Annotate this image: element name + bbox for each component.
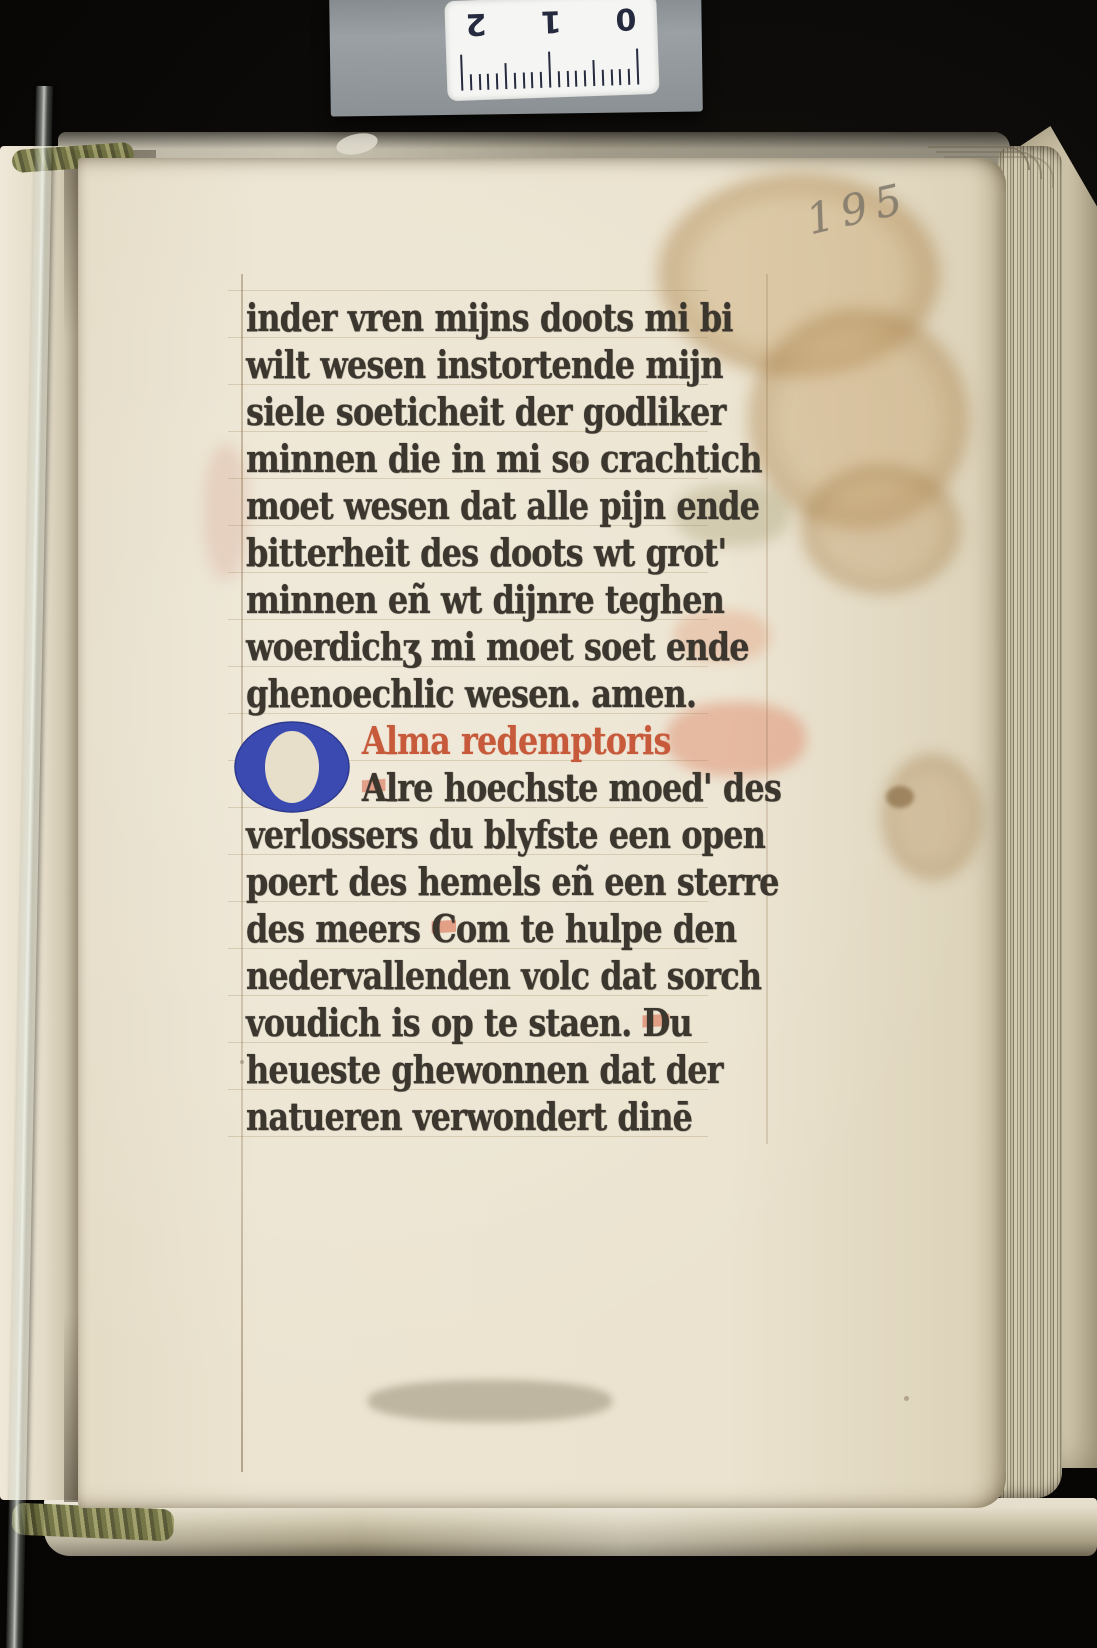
endband-bottom bbox=[11, 1502, 174, 1541]
ruler-digit: 2 bbox=[458, 6, 493, 42]
ruler-tick bbox=[470, 74, 473, 90]
manuscript-line: Alma redemptoris bbox=[246, 717, 700, 764]
ruler-tick bbox=[460, 55, 463, 91]
ruler-tick bbox=[548, 52, 551, 88]
manuscript-text-segment: natueren verwondert dinē bbox=[246, 1094, 692, 1139]
manuscript-text-segment: A bbox=[362, 765, 386, 810]
manuscript-line: ghenoechlic wesen. amen. bbox=[246, 670, 700, 717]
manuscript-line: heueste ghewonnen dat der bbox=[246, 1046, 700, 1093]
manuscript-line: siele soeticheit der godliker bbox=[246, 388, 700, 435]
manuscript-text-segment: C bbox=[431, 906, 456, 951]
ruler-tick bbox=[628, 69, 631, 85]
text-block-1: inder vren mijns doots mi biwilt wesen i… bbox=[246, 294, 786, 717]
manuscript-line: minnen eñ wt dijnre teghen bbox=[246, 576, 700, 623]
leaf-corner-arc bbox=[944, 156, 1054, 188]
manuscript-line: des meers Com te hulpe den bbox=[246, 905, 700, 952]
manuscript-text-segment: heueste ghewonnen dat der bbox=[246, 1047, 723, 1092]
manuscript-text-segment: minnen eñ wt dijnre teghen bbox=[246, 577, 724, 622]
stain bbox=[776, 444, 986, 614]
text-column: inder vren mijns doots mi biwilt wesen i… bbox=[246, 294, 786, 1140]
manuscript-text-segment: woerdichʒ mi moet soet ende bbox=[246, 624, 749, 669]
manuscript-text-segment: om te hulpe den bbox=[456, 906, 736, 951]
manuscript-text-segment: nedervallenden volc dat sorch bbox=[246, 953, 761, 998]
manuscript-line: bitterheit des doots wt grot' bbox=[246, 529, 700, 576]
manuscript-text-segment: moet wesen dat alle pijn ende bbox=[246, 483, 759, 528]
text-block-2: Alma redemptorisAlre hoechste moed' desv… bbox=[246, 717, 786, 1140]
manuscript-text-segment: D bbox=[643, 1000, 670, 1045]
ruler-tick bbox=[540, 72, 543, 88]
ruler-tick bbox=[558, 71, 561, 87]
manuscript-line: poert des hemels eñ een sterre bbox=[246, 858, 700, 905]
manuscript-page: 195 inder vren mijns doots mi biwilt wes… bbox=[78, 158, 1006, 1508]
manuscript-line: woerdichʒ mi moet soet ende bbox=[246, 623, 700, 670]
manuscript-text-segment: u bbox=[669, 1000, 691, 1045]
ruler-tick bbox=[514, 73, 517, 89]
photo-scene: 195 inder vren mijns doots mi biwilt wes… bbox=[0, 0, 1097, 1648]
ruler-digit: 0 bbox=[608, 0, 643, 36]
ruler-tick bbox=[566, 71, 569, 87]
ruler-tick bbox=[478, 74, 481, 90]
manuscript-line: nedervallenden volc dat sorch bbox=[246, 952, 700, 999]
manuscript-text-segment: Alma redemptoris bbox=[362, 718, 671, 763]
manuscript-text-segment: wilt wesen instortende mijn bbox=[246, 342, 723, 387]
ruler-tick bbox=[531, 72, 534, 88]
ruler-tick bbox=[522, 72, 525, 88]
ruler-tick bbox=[504, 63, 507, 89]
manuscript-text-segment: verlossers du blyfste een open bbox=[246, 812, 765, 857]
ruler-tick bbox=[496, 73, 499, 89]
ruler-tick bbox=[610, 69, 613, 85]
ruler-tick bbox=[592, 60, 595, 86]
vertical-ruling-left bbox=[241, 274, 243, 1472]
ruler-tick bbox=[636, 48, 639, 84]
manuscript-line: minnen die in mi so crachtich bbox=[246, 435, 700, 482]
manuscript-line: Alre hoechste moed' des bbox=[246, 764, 700, 811]
ruler-tick bbox=[619, 69, 622, 85]
manuscript-text-segment: ghenoechlic wesen. amen. bbox=[246, 671, 696, 716]
manuscript-line: inder vren mijns doots mi bi bbox=[246, 294, 700, 341]
speck bbox=[904, 1396, 909, 1401]
manuscript-text-segment: voudich is op te staen. bbox=[246, 1000, 643, 1045]
manuscript-line: wilt wesen instortende mijn bbox=[246, 341, 700, 388]
manuscript-text-segment: lre hoechste moed' des bbox=[386, 765, 781, 810]
manuscript-line: voudich is op te staen. Du bbox=[246, 999, 700, 1046]
ruler-tick-row bbox=[460, 42, 639, 90]
manuscript-line: moet wesen dat alle pijn ende bbox=[246, 482, 700, 529]
ruler-digits: 210 bbox=[458, 0, 643, 41]
ruler-card: 210 bbox=[329, 0, 703, 117]
manuscript-text-segment: poert des hemels eñ een sterre bbox=[246, 859, 779, 904]
manuscript-text-segment: inder vren mijns doots mi bi bbox=[246, 295, 732, 340]
manuscript-text-segment: siele soeticheit der godliker bbox=[246, 389, 725, 434]
manuscript-line: verlossers du blyfste een open bbox=[246, 811, 700, 858]
stain bbox=[866, 734, 998, 900]
manuscript-text-segment: bitterheit des doots wt grot' bbox=[246, 530, 726, 575]
ruler-digit: 1 bbox=[533, 3, 568, 39]
smudge bbox=[368, 1380, 612, 1422]
manuscript-text-segment: minnen die in mi so crachtich bbox=[246, 436, 762, 481]
ruler-tick bbox=[601, 70, 604, 86]
manuscript-text-segment: des meers bbox=[246, 906, 431, 951]
stain-spot bbox=[886, 786, 914, 808]
ruler-sticker: 210 bbox=[444, 0, 659, 101]
page-stack-edges bbox=[998, 146, 1062, 1498]
ruler-tick bbox=[584, 70, 587, 86]
manuscript-line: natueren verwondert dinē bbox=[246, 1093, 700, 1140]
ruler-tick bbox=[575, 71, 578, 87]
ruler-tick bbox=[487, 74, 490, 90]
